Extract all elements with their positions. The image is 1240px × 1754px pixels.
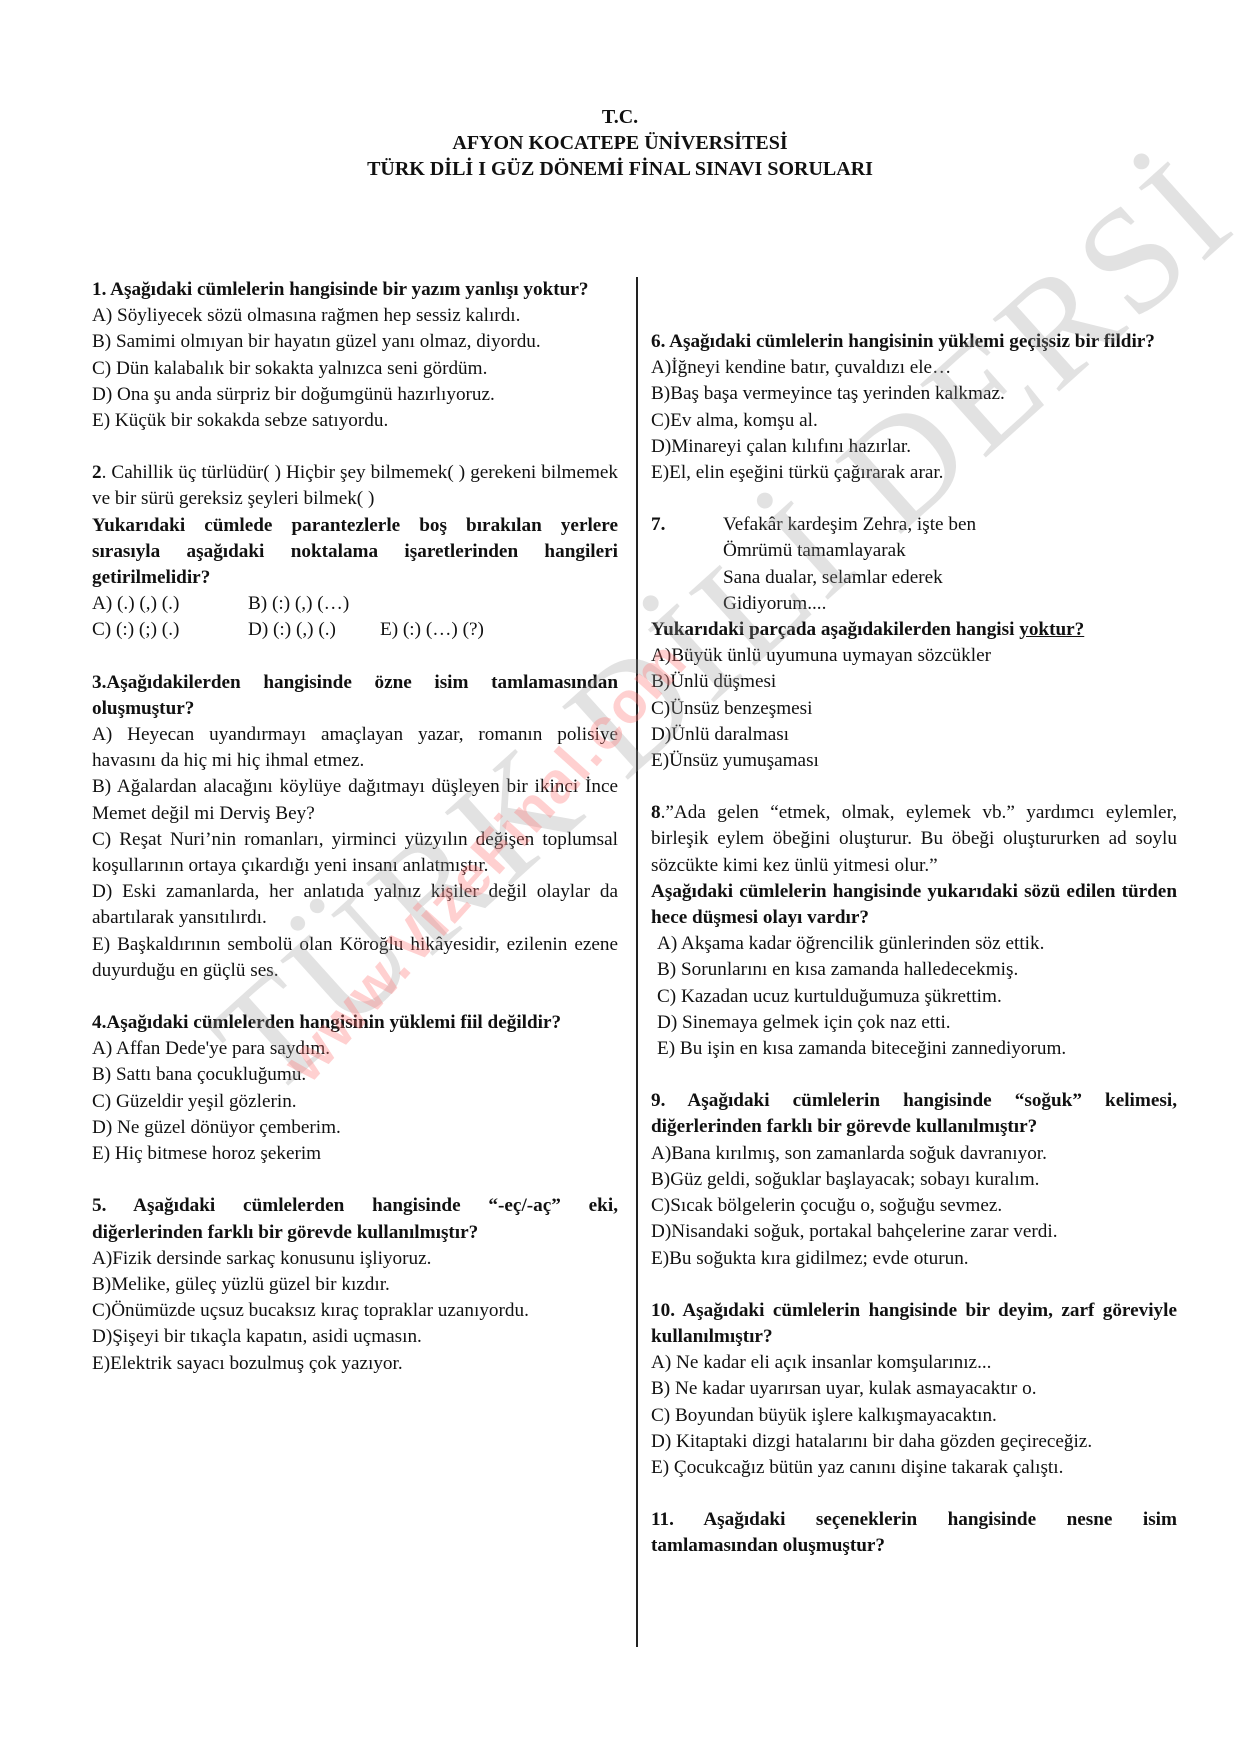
option-a: A) (.) (,) (.) (92, 591, 248, 617)
poem-line: Gidiyorum.... (723, 591, 1177, 617)
option-c: C)Önümüzde uçsuz bucaksız kıraç toprakla… (92, 1298, 618, 1324)
option-c: C) Kazadan ucuz kurtulduğumuza şükrettim… (651, 984, 1177, 1010)
option-a: A)Fizik dersinde sarkaç konusunu işliyor… (92, 1246, 618, 1272)
question-intro-text: . Cahillik üç türlüdür( ) Hiçbir şey bil… (92, 462, 618, 509)
option-b: B) Samimi olmıyan bir hayatın güzel yanı… (92, 329, 618, 355)
question-stem: 6. Aşağıdaki cümlelerin hangisinin yükle… (651, 329, 1177, 355)
question-stem: 3.Aşağıdakilerden hangisinde özne isim t… (92, 670, 618, 722)
question-11: 11. Aşağıdaki seçeneklerin hangisinde ne… (651, 1507, 1177, 1559)
question-stem: 1. Aşağıdaki cümlelerin hangisinde bir y… (92, 277, 618, 303)
question-stem: Yukarıdaki parçada aşağıdakilerden hangi… (651, 617, 1177, 643)
question-intro: 8.”Ada gelen “etmek, olmak, eylemek vb.”… (651, 800, 1177, 879)
poem-line: Ömrümü tamamlayarak (723, 538, 1177, 564)
underlined-keyword: yoktur? (1019, 619, 1084, 640)
option-b: B)Ünlü düşmesi (651, 669, 1177, 695)
option-d: D) (:) (,) (.) (248, 617, 380, 643)
question-10: 10. Aşağıdaki cümlelerin hangisinde bir … (651, 1298, 1177, 1481)
option-e: E)Ünsüz yumuşaması (651, 748, 1177, 774)
option-e: E)Bu soğukta kıra gidilmez; evde oturun. (651, 1246, 1177, 1272)
option-c: C)Ev alma, komşu al. (651, 408, 1177, 434)
question-number: 2 (92, 462, 102, 483)
option-a: A)Büyük ünlü uyumuna uymayan sözcükler (651, 643, 1177, 669)
option-e: E) Hiç bitmese horoz şekerim (92, 1141, 618, 1167)
option-e: E) Küçük bir sokakda sebze satıyordu. (92, 408, 618, 434)
question-intro-text: .”Ada gelen “etmek, olmak, eylemek vb.” … (651, 802, 1177, 875)
option-c: C)Sıcak bölgelerin çocuğu o, soğuğu sevm… (651, 1193, 1177, 1219)
option-c: C)Ünsüz benzeşmesi (651, 696, 1177, 722)
option-a: A) Ne kadar eli açık insanlar komşuların… (651, 1350, 1177, 1376)
header-university: AFYON KOCATEPE ÜNİVERSİTESİ (0, 130, 1240, 156)
option-b: B) Sorunlarını en kısa zamanda halledece… (651, 957, 1177, 983)
option-a: A) Heyecan uyandırmayı amaçlayan yazar, … (92, 722, 618, 774)
option-e: E)El, elin eşeğini türkü çağırarak arar. (651, 460, 1177, 486)
option-c: C) Boyundan büyük işlere kalkışmayacaktı… (651, 1403, 1177, 1429)
option-b: B) (:) (,) (…) (248, 591, 349, 617)
option-c: C) Güzeldir yeşil gözlerin. (92, 1089, 618, 1115)
option-e: E) Çocukcağız bütün yaz canını dişine ta… (651, 1455, 1177, 1481)
option-a: A)İğneyi kendine batır, çuvaldızı ele… (651, 355, 1177, 381)
option-e: E) Bu işin en kısa zamanda biteceğini za… (651, 1036, 1177, 1062)
question-stem: Yukarıdaki cümlede parantezlerle boş bır… (92, 513, 618, 592)
option-c: C) (:) (;) (.) (92, 617, 248, 643)
poem-excerpt: 7. Vefakâr kardeşim Zehra, işte ben Ömrü… (651, 512, 1177, 617)
question-7: 7. Vefakâr kardeşim Zehra, işte ben Ömrü… (651, 512, 1177, 774)
option-b: B)Güz geldi, soğuklar başlayacak; sobayı… (651, 1167, 1177, 1193)
header-exam-title: TÜRK DİLİ I GÜZ DÖNEMİ FİNAL SINAVI SORU… (0, 156, 1240, 182)
question-number: 8 (651, 802, 661, 823)
question-stem: 10. Aşağıdaki cümlelerin hangisinde bir … (651, 1298, 1177, 1350)
question-stem: Aşağıdaki cümlelerin hangisinde yukarıda… (651, 879, 1177, 931)
option-c: C) Reşat Nuri’nin romanları, yirminci yü… (92, 827, 618, 879)
question-2: 2. Cahillik üç türlüdür( ) Hiçbir şey bi… (92, 460, 618, 643)
option-d: D)Ünlü daralması (651, 722, 1177, 748)
question-stem: 11. Aşağıdaki seçeneklerin hangisinde ne… (651, 1507, 1177, 1559)
option-d: D) Ne güzel dönüyor çemberim. (92, 1115, 618, 1141)
option-b: B) Ne kadar uyarırsan uyar, kulak asmaya… (651, 1376, 1177, 1402)
option-c: C) Dün kalabalık bir sokakta yalnızca se… (92, 356, 618, 382)
question-8: 8.”Ada gelen “etmek, olmak, eylemek vb.”… (651, 800, 1177, 1062)
column-divider (636, 277, 638, 1647)
option-b: B) Ağalardan alacağını köylüye dağıtmayı… (92, 774, 618, 826)
option-a: A) Akşama kadar öğrencilik günlerinden s… (651, 931, 1177, 957)
option-e: E) (:) (…) (?) (380, 617, 484, 643)
option-d: D)Nisandaki soğuk, portakal bahçelerine … (651, 1219, 1177, 1245)
option-b: B)Melike, güleç yüzlü güzel bir kızdır. (92, 1272, 618, 1298)
option-d: D) Kitaptaki dizgi hatalarını bir daha g… (651, 1429, 1177, 1455)
right-column: 6. Aşağıdaki cümlelerin hangisinin yükle… (651, 277, 1177, 1586)
question-6: 6. Aşağıdaki cümlelerin hangisinin yükle… (651, 329, 1177, 486)
header-line-tc: T.C. (0, 104, 1240, 130)
question-stem: 9. Aşağıdaki cümlelerin hangisinde “soğu… (651, 1088, 1177, 1140)
option-a: A) Söyliyecek sözü olmasına rağmen hep s… (92, 303, 618, 329)
question-number: 7. (651, 512, 723, 617)
question-3: 3.Aşağıdakilerden hangisinde özne isim t… (92, 670, 618, 984)
option-d: D) Sinemaya gelmek için çok naz etti. (651, 1010, 1177, 1036)
option-d: D)Minareyi çalan kılıfını hazırlar. (651, 434, 1177, 460)
poem-line: Vefakâr kardeşim Zehra, işte ben (723, 512, 1177, 538)
question-4: 4.Aşağıdaki cümlelerden hangisinin yükle… (92, 1010, 618, 1167)
left-column: 1. Aşağıdaki cümlelerin hangisinde bir y… (92, 277, 618, 1403)
poem-line: Sana dualar, selamlar ederek (723, 565, 1177, 591)
option-b: B)Baş başa vermeyince taş yerinden kalkm… (651, 381, 1177, 407)
question-1: 1. Aşağıdaki cümlelerin hangisinde bir y… (92, 277, 618, 434)
document-header: T.C. AFYON KOCATEPE ÜNİVERSİTESİ TÜRK Dİ… (0, 104, 1240, 182)
question-stem: 5. Aşağıdaki cümlelerden hangisinde “-eç… (92, 1193, 618, 1245)
question-9: 9. Aşağıdaki cümlelerin hangisinde “soğu… (651, 1088, 1177, 1271)
option-d: D) Ona şu anda sürpriz bir doğumgünü haz… (92, 382, 618, 408)
option-e: E) Başkaldırının sembolü olan Köroğlu hi… (92, 932, 618, 984)
question-intro: 2. Cahillik üç türlüdür( ) Hiçbir şey bi… (92, 460, 618, 512)
question-stem: 4.Aşağıdaki cümlelerden hangisinin yükle… (92, 1010, 618, 1036)
option-d: D) Eski zamanlarda, her anlatıda yalnız … (92, 879, 618, 931)
option-d: D)Şişeyi bir tıkaçla kapatın, asidi uçma… (92, 1324, 618, 1350)
option-b: B) Sattı bana çocukluğumu. (92, 1062, 618, 1088)
question-5: 5. Aşağıdaki cümlelerden hangisinde “-eç… (92, 1193, 618, 1376)
option-a: A)Bana kırılmış, son zamanlarda soğuk da… (651, 1141, 1177, 1167)
option-a: A) Affan Dede'ye para saydım. (92, 1036, 618, 1062)
option-e: E)Elektrik sayacı bozulmuş çok yazıyor. (92, 1351, 618, 1377)
